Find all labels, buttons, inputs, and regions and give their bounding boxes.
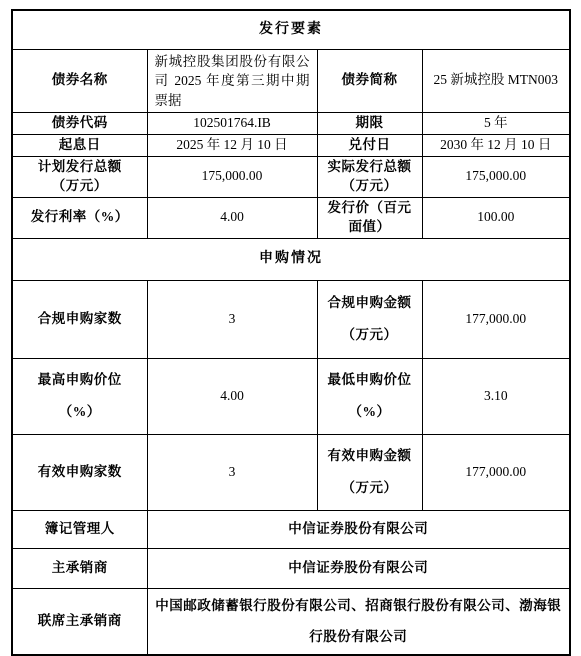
bookrunner-value: 中信证券股份有限公司 [147, 510, 570, 548]
coupon-rate-label: 发行利率（%） [12, 197, 147, 238]
bookrunner-label: 簿记管理人 [12, 510, 147, 548]
actual-issue-amount-label: 实际发行总额 （万元） [317, 156, 422, 197]
issue-price-label: 发行价（百元 面值） [317, 197, 422, 238]
value-date-value: 2025 年 12 月 10 日 [147, 135, 317, 157]
bond-code-label: 债券代码 [12, 113, 147, 135]
valid-bidders-label: 有效申购家数 [12, 434, 147, 510]
planned-issue-amount-label: 计划发行总额 （万元） [12, 156, 147, 197]
issuance-table: 发行要素 债券名称 新城控股集团股份有限公司 2025 年度第三期中期票据 债券… [11, 9, 571, 656]
joint-lead-underwriters-value: 中国邮政储蓄银行股份有限公司、招商银行股份有限公司、渤海银行股份有限公司 [147, 588, 570, 655]
document-page: 发行要素 债券名称 新城控股集团股份有限公司 2025 年度第三期中期票据 债券… [11, 9, 571, 656]
valid-bid-amount-label: 有效申购金额 （万元） [317, 434, 422, 510]
term-value: 5 年 [422, 113, 570, 135]
term-label: 期限 [317, 113, 422, 135]
lead-underwriter-value: 中信证券股份有限公司 [147, 548, 570, 588]
bond-abbr-value: 25 新城控股 MTN003 [422, 49, 570, 113]
issue-price-value: 100.00 [422, 197, 570, 238]
section-title-subscription: 申购情况 [12, 238, 570, 280]
valid-bid-amount-value: 177,000.00 [422, 434, 570, 510]
joint-lead-underwriters-label: 联席主承销商 [12, 588, 147, 655]
value-date-label: 起息日 [12, 135, 147, 157]
compliant-bid-amount-label: 合规申购金额 （万元） [317, 280, 422, 358]
bond-name-value: 新城控股集团股份有限公司 2025 年度第三期中期票据 [147, 49, 317, 113]
coupon-rate-value: 4.00 [147, 197, 317, 238]
actual-issue-amount-value: 175,000.00 [422, 156, 570, 197]
highest-bid-rate-value: 4.00 [147, 358, 317, 434]
compliant-bidders-label: 合规申购家数 [12, 280, 147, 358]
bond-code-value: 102501764.IB [147, 113, 317, 135]
section-title-issuance-elements: 发行要素 [12, 10, 570, 49]
lead-underwriter-label: 主承销商 [12, 548, 147, 588]
maturity-date-value: 2030 年 12 月 10 日 [422, 135, 570, 157]
planned-issue-amount-value: 175,000.00 [147, 156, 317, 197]
compliant-bidders-value: 3 [147, 280, 317, 358]
lowest-bid-rate-value: 3.10 [422, 358, 570, 434]
valid-bidders-value: 3 [147, 434, 317, 510]
bond-name-label: 债券名称 [12, 49, 147, 113]
highest-bid-rate-label: 最高申购价位 （%） [12, 358, 147, 434]
compliant-bid-amount-value: 177,000.00 [422, 280, 570, 358]
maturity-date-label: 兑付日 [317, 135, 422, 157]
lowest-bid-rate-label: 最低申购价位 （%） [317, 358, 422, 434]
bond-abbr-label: 债券简称 [317, 49, 422, 113]
